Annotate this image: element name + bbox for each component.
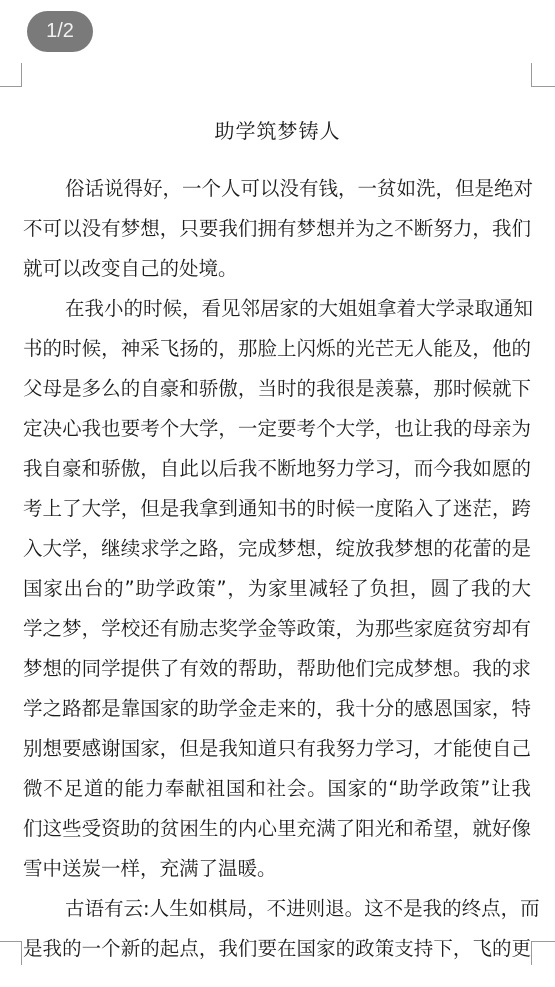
page-corner-mark-bottom-left xyxy=(0,941,22,965)
text-line: 就可以改变自己的处境。 xyxy=(23,249,531,289)
text-line: 梦想的同学提供了有效的帮助，帮助他们完成梦想。我的求 xyxy=(23,649,531,689)
text-line: 不可以没有梦想，只要我们拥有梦想并为之不断努力，我们 xyxy=(23,209,531,249)
text-line: 微不足道的能力奉献祖国和社会。国家的“助学政策”让我 xyxy=(23,769,531,809)
paragraph-1: 俗话说得好，一个人可以没有钱，一贫如洗，但是绝对 不可以没有梦想，只要我们拥有梦… xyxy=(23,169,531,289)
page-corner-mark-top-left xyxy=(0,63,22,87)
page-indicator-badge: 1/2 xyxy=(27,11,93,52)
paragraph-2: 在我小的时候，看见邻居家的大姐姐拿着大学录取通知 书的时候，神采飞扬的，那脸上闪… xyxy=(23,289,531,889)
text-line: 雪中送炭一样，充满了温暖。 xyxy=(23,849,531,889)
text-line: 在我小的时候，看见邻居家的大姐姐拿着大学录取通知 xyxy=(23,289,531,329)
text-line: 书的时候，神采飞扬的，那脸上闪烁的光芒无人能及，他的 xyxy=(23,329,531,369)
document-body: 俗话说得好，一个人可以没有钱，一贫如洗，但是绝对 不可以没有梦想，只要我们拥有梦… xyxy=(23,169,531,969)
text-line: 我自豪和骄傲，自此以后我不断地努力学习，而今我如愿的 xyxy=(23,449,531,489)
text-line: 入大学，继续求学之路，完成梦想，绽放我梦想的花蕾的是 xyxy=(23,529,531,569)
page-corner-mark-bottom-right xyxy=(531,941,555,965)
text-line: 俗话说得好，一个人可以没有钱，一贫如洗，但是绝对 xyxy=(23,169,531,209)
text-line: 们这些受资助的贫困生的内心里充满了阳光和希望，就好像 xyxy=(23,809,531,849)
text-line: 古语有云:人生如棋局，不进则退。这不是我的终点，而 xyxy=(23,889,531,929)
text-line: 父母是多么的自豪和骄傲，当时的我很是羡慕，那时候就下 xyxy=(23,369,531,409)
text-line: 是我的一个新的起点，我们要在国家的政策支持下，飞的更 xyxy=(23,929,531,969)
text-line: 学之梦，学校还有励志奖学金等政策，为那些家庭贫穷却有 xyxy=(23,609,531,649)
page-corner-mark-top-right xyxy=(531,63,555,87)
text-line: 定决心我也要考个大学，一定要考个大学，也让我的母亲为 xyxy=(23,409,531,449)
text-line: 考上了大学，但是我拿到通知书的时候一度陷入了迷茫，跨 xyxy=(23,489,531,529)
text-line: 学之路都是靠国家的助学金走来的，我十分的感恩国家，特 xyxy=(23,689,531,729)
text-line: 别想要感谢国家，但是我知道只有我努力学习，才能使自己 xyxy=(23,729,531,769)
text-line: 国家出台的”助学政策”，为家里减轻了负担，圆了我的大 xyxy=(23,569,531,609)
document-title: 助学筑梦铸人 xyxy=(0,116,555,146)
paragraph-3: 古语有云:人生如棋局，不进则退。这不是我的终点，而 是我的一个新的起点，我们要在… xyxy=(23,889,531,969)
